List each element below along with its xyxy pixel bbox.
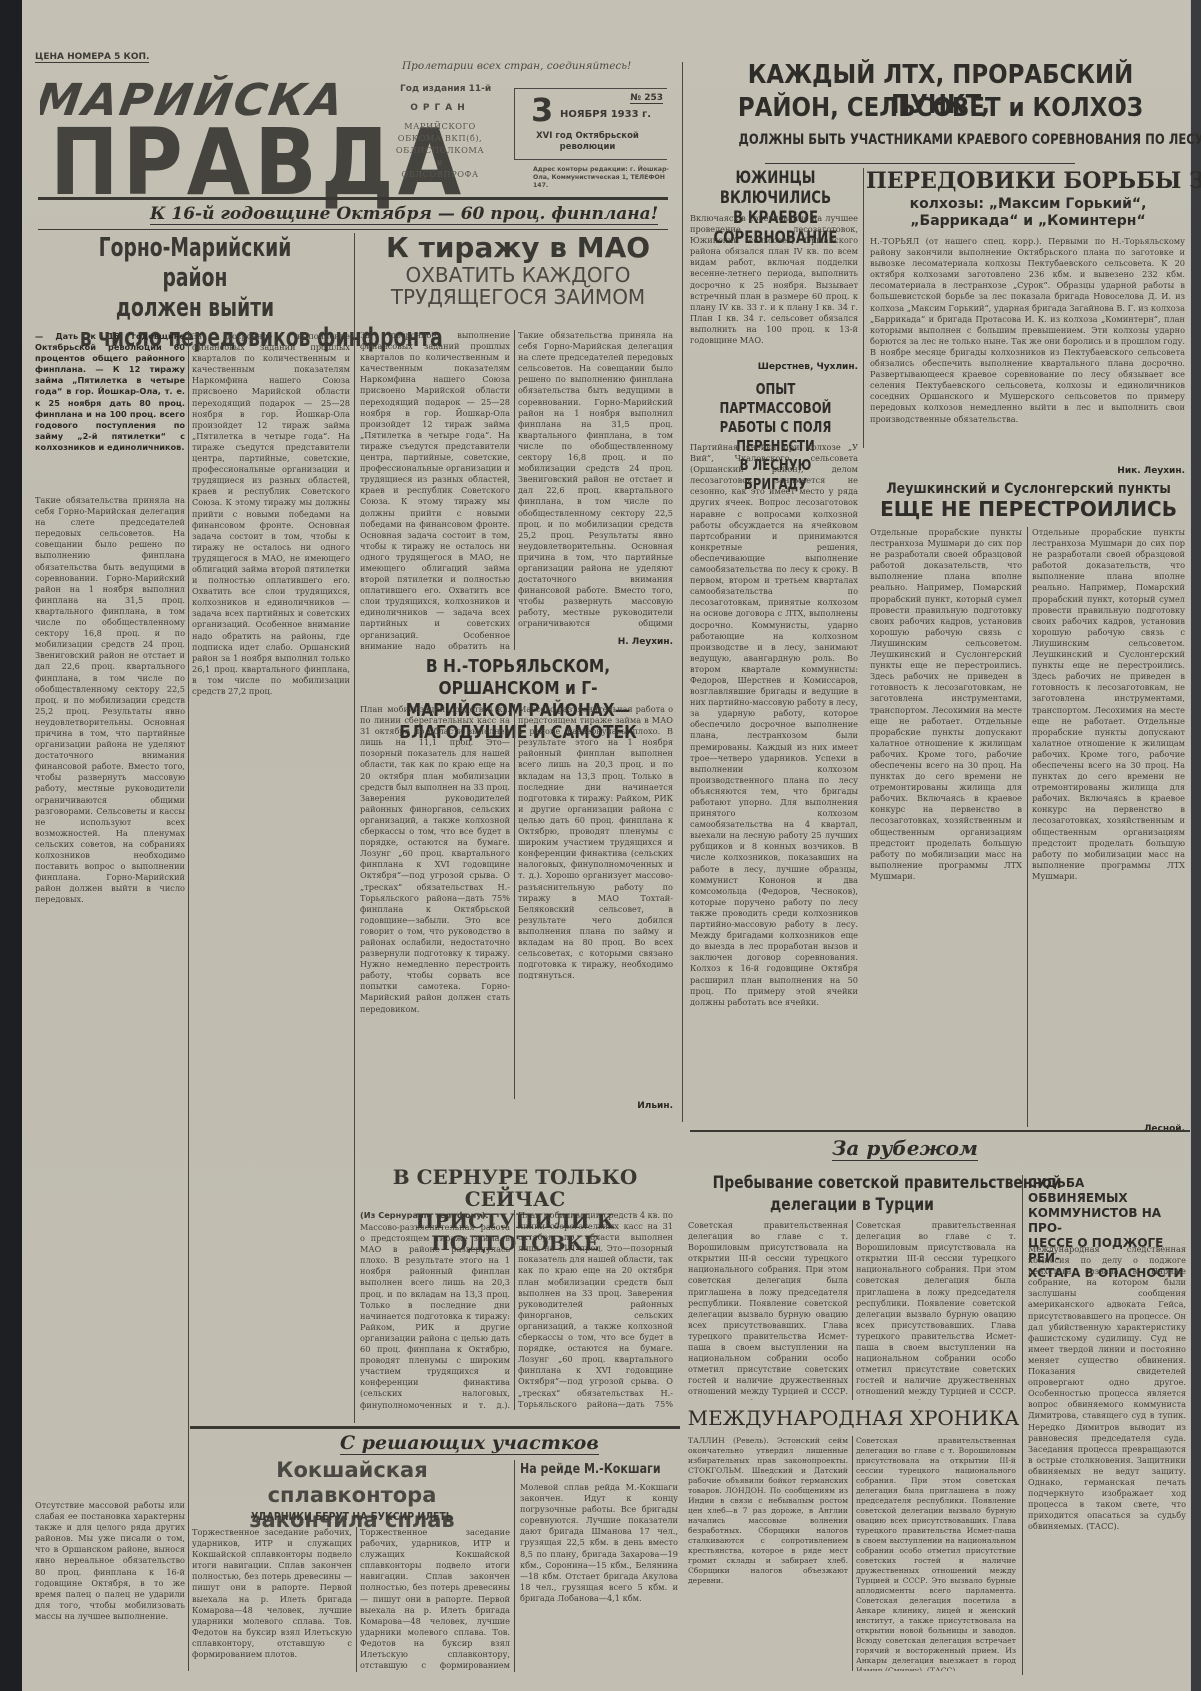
headline-line: СУДЬБА ОБВИНЯЕМЫХ: [1028, 1176, 1188, 1206]
reichstag-body: Международная следственная комиссия по д…: [1028, 1244, 1186, 1644]
headline-line: ЕЩЕ НЕ ПЕРЕСТРОИЛИСЬ: [866, 498, 1191, 520]
kokshaga-sidebar-headline: На рейде М.-Кокшаги: [520, 1462, 656, 1477]
kokshaga-body-col2: Торжественное заседание рабочих, ударник…: [360, 1527, 510, 1672]
partmass-body: Партийная ячейка при колхозе „У Вий“, Чк…: [690, 442, 858, 1132]
column-divider: [1022, 1175, 1023, 1675]
revolution-year: XVI год Октябрьской революции: [525, 131, 650, 153]
sernur-dateline: (Из Сернура по телефону).: [360, 1210, 510, 1222]
organ-label: ОРГАН: [400, 103, 480, 113]
leushkin-headline: Леушкинский и Суслонгерский пункты ЕЩЕ Н…: [866, 480, 1191, 520]
section-rule: [690, 1130, 1190, 1132]
gorno-mari-continued: Отсутствие массовой работы или слабая ее…: [35, 1500, 185, 1670]
chronicle-body-col1: ТАЛЛИН (Ревель). Эстонский сейм окончате…: [688, 1436, 848, 1671]
column-divider: [852, 1220, 853, 1400]
kokshaga-sidebar-body: Молевой сплав рейда М.-Кокшаги закончен.…: [520, 1482, 678, 1672]
kokshaga-body-col1: Торжественное заседание рабочих, ударник…: [192, 1527, 352, 1672]
banner-rule: [38, 229, 668, 230]
column-divider: [188, 331, 189, 1671]
column-divider: [354, 233, 355, 1423]
torial-body-col1: План мобилизации средств 4 кв. по линии …: [360, 704, 510, 1114]
mao-body-col1: За досрочное выполнение финансовых задан…: [360, 330, 510, 650]
chronicle-body-col2: Советская правительственная делегация во…: [856, 1436, 1016, 1671]
editorial-address: Адрес конторы редакции: г. Йошкар-Ола, К…: [533, 166, 671, 190]
headline-line: КОММУНИСТОВ НА ПРО-: [1028, 1206, 1188, 1236]
headline-line: Леушкинский и Суслонгерский пункты: [882, 480, 1175, 498]
proletarian-slogan: Пролетарии всех стран, соединяйтесь!: [402, 60, 631, 72]
section-rule: [190, 1426, 680, 1429]
headline-line: ЮЖИНЦЫ ВКЛЮЧИЛИСЬ: [707, 168, 844, 208]
headline-line: делегации в Турции: [713, 1194, 992, 1216]
column-divider: [682, 62, 683, 1122]
column-divider: [1027, 527, 1028, 1127]
headline-line: Горно-Марийский район: [80, 233, 310, 293]
column-divider: [356, 1527, 357, 1672]
kokshaga-subhead: УДАРНИКИ БЕРУТ НА БУКСИР ИЛЕТЬ: [216, 1510, 488, 1523]
mao-signature: Н. Леухин.: [518, 637, 673, 647]
leushkin-body-col1: Отдельные прорабские пункты лестранхоза …: [870, 527, 1022, 1127]
peredoviki-body: Н.-ТОРЬЯЛ (от нашего спец. корр.). Первы…: [870, 236, 1185, 464]
turkey-headline: Пребывание советской правительственной д…: [713, 1172, 992, 1216]
organ-line: ОБКОМА ВКП(б),: [392, 132, 488, 144]
sernur-body-col1: Массово-разъяснительная работа о предсто…: [360, 1222, 510, 1412]
binding-spine: [0, 0, 22, 1691]
banner-slogan: К 16-й годовщине Октября — 60 проц. финп…: [150, 204, 658, 225]
price-label: ЦЕНА НОМЕРА 5 КОП.: [35, 52, 149, 63]
turkey-body-col2: Советская правительственная делегация во…: [856, 1220, 1016, 1400]
headline-line: должен выйти: [80, 293, 310, 323]
chronicle-headline: МЕЖДУНАРОДНАЯ ХРОНИКА: [686, 1406, 1021, 1430]
page-edge: [1191, 0, 1201, 1691]
headline-rule: [765, 163, 1075, 164]
organ-line: ОБЛСОВПРОФА: [392, 168, 488, 180]
organ-line: ОБЛИСПОЛКОМА и: [392, 144, 488, 168]
leushkin-signature: Лесной.: [1032, 1124, 1185, 1134]
top-right-headline-line2: РАЙОН, СЕЛЬСОВЕТ и КОЛХОЗ: [718, 93, 1162, 123]
gorno-mari-lead: — Дать к 16 годовщине Октябрьской револю…: [35, 331, 185, 491]
organ-line: МАРИЙСКОГО: [392, 120, 488, 132]
gorno-mari-body-col2: За досрочное выполнение финансовых задан…: [192, 331, 350, 1421]
peredoviki-headline: ПЕРЕДОВИКИ БОРЬБЫ ЗА ЛЕС: [866, 168, 1191, 194]
column-divider: [514, 704, 515, 1099]
date-month-year: НОЯБРЯ 1933 г.: [560, 109, 651, 120]
issue-number: № 253: [630, 93, 663, 104]
peredoviki-signature: Ник. Леухин.: [870, 466, 1185, 476]
mao-headline: К тиражу в МАО: [358, 231, 678, 264]
date-box: 3 НОЯБРЯ 1933 г. № 253 XVI год Октябрьск…: [514, 88, 667, 160]
sernur-body-col2: План мобилизации средств 4 кв. по линии …: [518, 1210, 673, 1410]
organ-of-list: МАРИЙСКОГО ОБКОМА ВКП(б), ОБЛИСПОЛКОМА и…: [392, 120, 488, 180]
column-divider: [852, 1436, 853, 1671]
turkey-body-col1: Советская правительственная делегация во…: [688, 1220, 848, 1400]
column-divider: [863, 168, 864, 448]
mao-body-col2: Такие обязательства приняла на себя Горн…: [518, 330, 673, 630]
torial-signature: Ильин.: [518, 1101, 673, 1111]
yuzhinsky-signature: Шерстнев, Чухлин.: [690, 362, 858, 372]
masthead-rule: [38, 197, 668, 200]
headline-line: В СЕРНУРЕ ТОЛЬКО СЕЙЧАС: [360, 1166, 670, 1210]
year-of-publication: Год издания 11-й: [400, 84, 491, 94]
top-right-headline-line3: ДОЛЖНЫ БЫТЬ УЧАСТНИКАМИ КРАЕВОГО СОРЕВНО…: [739, 132, 1143, 148]
headline-line: Пребывание советской правительственной: [713, 1172, 992, 1194]
reshayushchie-section: С решающих участков: [340, 1432, 599, 1455]
headline-line: Кокшайская сплавконтора: [192, 1458, 512, 1508]
column-divider: [514, 1460, 515, 1672]
gorno-mari-body: Такие обязательства приняла на себя Горн…: [35, 495, 185, 1500]
column-divider: [514, 330, 515, 650]
yuzhinsky-body: Включаясь в соревнование на лучшее прове…: [690, 213, 858, 359]
headline-line: ОПЫТ ПАРТМАССОВОЙ: [707, 380, 844, 418]
column-divider: [514, 1210, 515, 1410]
mao-subhead: ОХВАТИТЬ КАЖДОГО ТРУДЯЩЕГОСЯ ЗАЙМОМ: [358, 264, 678, 308]
peredoviki-subhead: колхозы: „Максим Горький“, „Баррикада“ и…: [868, 196, 1188, 230]
date-day: 3: [531, 91, 553, 129]
leushkin-body-col2: Отдельные прорабские пункты лестранхоза …: [1032, 527, 1185, 1122]
torial-body-col2: Массово-разъяснительная работа о предсто…: [518, 704, 673, 1099]
za-rubezhom-section: За рубежом: [832, 1136, 978, 1161]
